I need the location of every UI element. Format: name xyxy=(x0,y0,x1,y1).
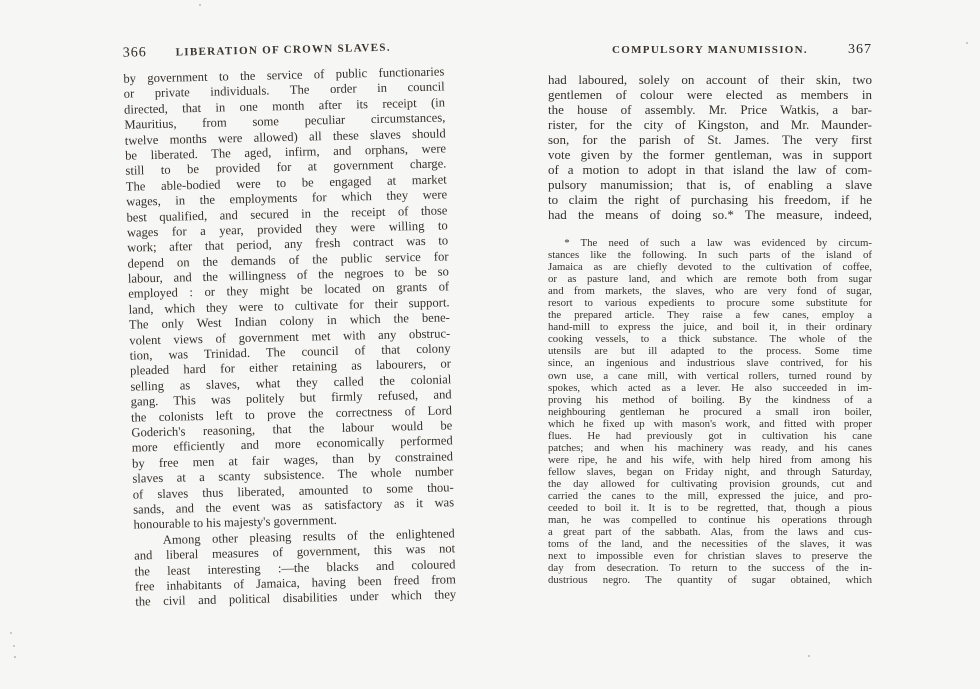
page-body-left: by government to the service of public f… xyxy=(123,64,456,610)
text-line: since, an ingenious and industrious slav… xyxy=(548,357,872,369)
text-line: the prepared article. They raise a few c… xyxy=(548,309,872,321)
text-line: the day allowed for cultivating provisio… xyxy=(548,478,872,490)
text-line: * The need of such a law was evidenced b… xyxy=(548,237,872,249)
running-title-right: COMPULSORY MANUMISSION. xyxy=(548,44,872,56)
page-body-right: had laboured, solely on account of their… xyxy=(548,72,872,586)
text-line: to claim the right of purchasing his fre… xyxy=(548,192,872,207)
text-line: proving his method of boiling. By the ki… xyxy=(548,394,872,406)
text-line: the house of assembly. Mr. Price Watkis,… xyxy=(548,102,872,117)
text-line: neighbouring gentleman he procured a sma… xyxy=(548,406,872,418)
book-spread: 366 LIBERATION OF CROWN SLAVES. by gover… xyxy=(0,0,980,689)
text-line: had laboured, solely on account of their… xyxy=(548,72,872,87)
text-line: resort to various expedients to procure … xyxy=(548,297,872,309)
text-line: were ripe, he and his wife, with help hi… xyxy=(548,454,872,466)
text-line: gentlemen of colour were elected as memb… xyxy=(548,87,872,102)
text-line: spokes, which acted as a lever. He also … xyxy=(548,382,872,394)
running-title-left: LIBERATION OF CROWN SLAVES. xyxy=(123,40,444,59)
scan-speck xyxy=(13,645,15,647)
paragraph-continuation: by government to the service of public f… xyxy=(123,64,454,533)
scan-speck xyxy=(10,632,12,634)
text-line: which he fixed up with mason's work, and… xyxy=(548,418,872,430)
text-line: hand-mill to express the juice, and boil… xyxy=(548,321,872,333)
text-line: carried the canes to the mill, expressed… xyxy=(548,490,872,502)
text-line: own use, a cane mill, with vertical roll… xyxy=(548,370,872,382)
running-header-row-left: 366 LIBERATION OF CROWN SLAVES. xyxy=(123,40,444,63)
text-line: vote given by the former gentleman, was … xyxy=(548,147,872,162)
running-header-row-right: COMPULSORY MANUMISSION. 367 xyxy=(548,44,872,60)
scan-speck xyxy=(199,4,201,6)
text-line: man, he was compelled to continue his op… xyxy=(548,514,872,526)
text-line: a great part of the sabbath. Alas, from … xyxy=(548,526,872,538)
text-line: next to impossible even for christian sl… xyxy=(548,550,872,562)
page-366: 366 LIBERATION OF CROWN SLAVES. by gover… xyxy=(123,40,457,610)
text-line: rister, for the city of Kingston, and Mr… xyxy=(548,117,872,132)
page-number-left: 366 xyxy=(123,45,147,62)
scan-speck xyxy=(966,42,968,44)
text-line: ceeded to boil it. It is to be regretted… xyxy=(548,502,872,514)
text-line: toms of the land, and the necessities of… xyxy=(548,538,872,550)
text-line: had the means of doing so.* The measure,… xyxy=(548,207,872,222)
text-line: and from markets, the slaves, who are ve… xyxy=(548,285,872,297)
text-line: fellow slaves, began on Friday night, an… xyxy=(548,466,872,478)
text-line: or as pasture land, and which are remote… xyxy=(548,273,872,285)
scan-speck xyxy=(14,656,16,658)
page-number-right: 367 xyxy=(848,42,872,58)
paragraph-continuation: had laboured, solely on account of their… xyxy=(548,72,872,222)
text-line: pulsory manumission; that is, of enablin… xyxy=(548,177,872,192)
text-line: cooking vessels, to a thick substance. T… xyxy=(548,333,872,345)
text-line: stances like the following. In such part… xyxy=(548,249,872,261)
text-line: dustrious negro. The quantity of sugar o… xyxy=(548,574,872,586)
text-line: Jamaica as are chiefly devoted to the cu… xyxy=(548,261,872,273)
text-line: utensils are but ill adapted to the proc… xyxy=(548,345,872,357)
page-367: COMPULSORY MANUMISSION. 367 had laboured… xyxy=(548,44,872,586)
text-line: day from desecration. To return to the s… xyxy=(548,562,872,574)
paragraph-among-other-results: Among other pleasing results of the enli… xyxy=(134,526,457,610)
text-line: flues. He had previously got in cultivat… xyxy=(548,430,872,442)
text-line: son, for the parish of St. James. The ve… xyxy=(548,132,872,147)
text-line: of a motion to adopt in that island the … xyxy=(548,162,872,177)
scan-speck xyxy=(808,655,810,657)
text-line: patches; and when his machinery was read… xyxy=(548,442,872,454)
footnote: * The need of such a law was evidenced b… xyxy=(548,237,872,586)
